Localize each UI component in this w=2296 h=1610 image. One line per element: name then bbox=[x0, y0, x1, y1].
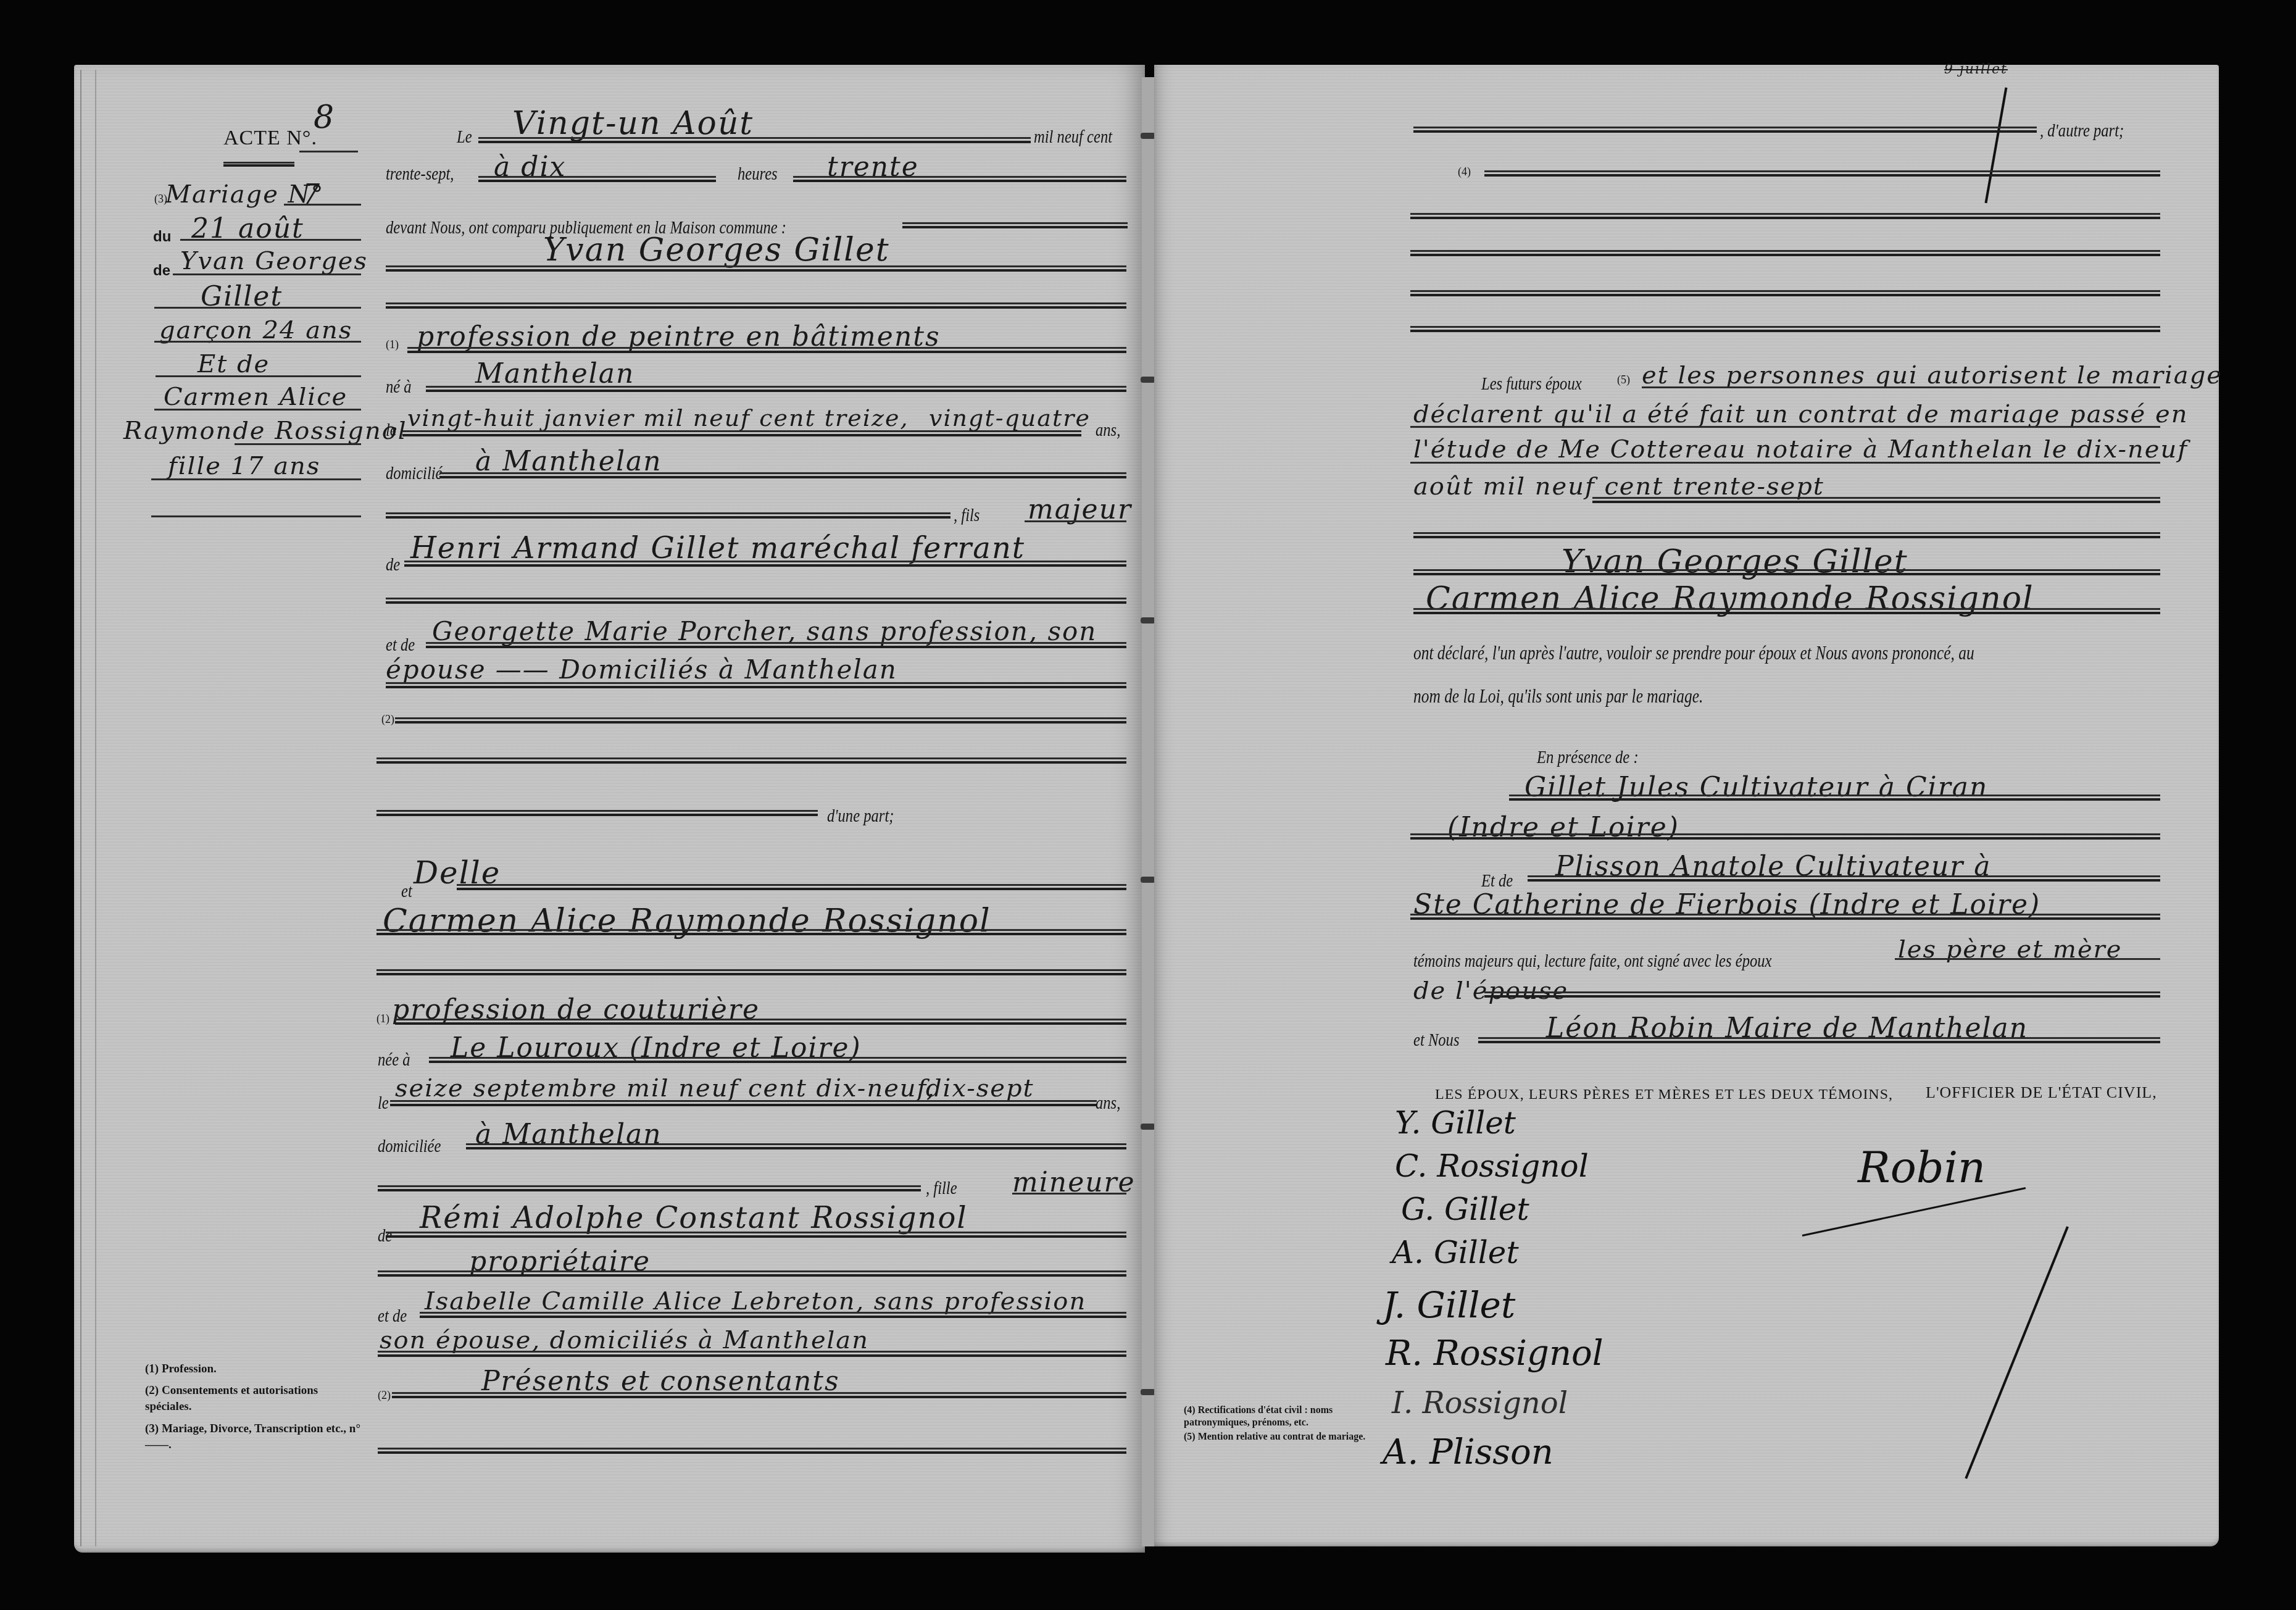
printed-text: mil neuf cent bbox=[1034, 127, 1112, 148]
rule bbox=[1413, 532, 2160, 538]
printed-text: témoins majeurs qui, lecture faite, ont … bbox=[1413, 951, 1771, 972]
officer-label: L'OFFICIER DE L'ÉTAT CIVIL, bbox=[1926, 1083, 2157, 1102]
printed-text: Les futurs époux bbox=[1481, 373, 1582, 394]
groom-name: Yvan Georges Gillet bbox=[543, 231, 890, 269]
rule bbox=[1642, 386, 2160, 388]
printed-text: heures bbox=[738, 164, 778, 185]
rule bbox=[1413, 608, 2160, 614]
binding-stitch bbox=[1141, 133, 1155, 139]
rule bbox=[299, 151, 358, 152]
rule bbox=[466, 1143, 1126, 1149]
note-ref: (1) bbox=[376, 1012, 389, 1025]
de-label: de bbox=[153, 262, 170, 280]
rule bbox=[378, 1270, 1126, 1277]
rule bbox=[386, 512, 950, 519]
du-label: du bbox=[153, 228, 171, 246]
printed-text: , fils bbox=[954, 505, 980, 526]
printed-text: de bbox=[386, 554, 400, 575]
rule bbox=[457, 884, 1126, 890]
rule bbox=[1025, 520, 1126, 522]
rule bbox=[1012, 1193, 1126, 1195]
signature: A. Gillet bbox=[1392, 1235, 1519, 1270]
rule bbox=[392, 1392, 1126, 1398]
margin-line: Carmen Alice bbox=[164, 383, 347, 411]
printed-text: trente-sept, bbox=[386, 164, 454, 185]
rule bbox=[376, 969, 1126, 975]
printed-text: et de bbox=[378, 1306, 407, 1327]
rule bbox=[407, 347, 1126, 353]
printed-text: , fille bbox=[926, 1178, 957, 1199]
binding-stitch bbox=[1141, 1389, 1155, 1395]
rule bbox=[180, 239, 361, 241]
rule bbox=[420, 1312, 1126, 1318]
printed-text: née à bbox=[378, 1049, 410, 1070]
temoins-addition: de l'épouse bbox=[1413, 977, 1568, 1005]
signature: G. Gillet bbox=[1401, 1191, 1529, 1227]
rule bbox=[376, 810, 818, 816]
officer-signature: Robin bbox=[1858, 1142, 1986, 1193]
bride-father: Rémi Adolphe Constant Rossignol bbox=[420, 1201, 968, 1235]
rule bbox=[154, 307, 361, 309]
rule bbox=[1895, 958, 2160, 960]
groom-birthdate: vingt-huit janvier mil neuf cent treize, bbox=[407, 404, 909, 432]
margin-line: fille 17 ans bbox=[168, 452, 320, 480]
signature: I. Rossignol bbox=[1392, 1386, 1568, 1420]
rule bbox=[154, 341, 361, 343]
marginal-note: 9 juillet bbox=[1944, 62, 2008, 77]
right-page bbox=[1154, 65, 2219, 1546]
footnote: (5) Mention relative au contrat de maria… bbox=[1184, 1431, 1387, 1443]
footnote: (3) Mariage, Divorce, Transcription etc.… bbox=[145, 1421, 361, 1453]
rule bbox=[1484, 991, 2160, 998]
printed-text: En présence de : bbox=[1537, 747, 1639, 768]
printed-text: nom de la Loi, qu'ils sont unis par le m… bbox=[1413, 685, 1703, 707]
printed-text: le bbox=[378, 1093, 389, 1114]
rule bbox=[1410, 426, 2160, 428]
printed-text: ans, bbox=[1096, 1093, 1120, 1114]
printed-text: domicilié bbox=[386, 463, 443, 484]
rule bbox=[386, 302, 1126, 309]
page-fold bbox=[80, 70, 96, 1546]
note-ref: (4) bbox=[1458, 165, 1471, 178]
rule bbox=[376, 757, 1126, 764]
rule bbox=[376, 929, 1126, 935]
printed-text: Et de bbox=[1481, 870, 1513, 891]
contract-line: déclarent qu'il a été fait un contrat de… bbox=[1413, 400, 2188, 428]
note-ref: (1) bbox=[386, 338, 399, 351]
rule bbox=[284, 204, 361, 206]
groom-birthplace: Manthelan bbox=[475, 358, 634, 390]
bride-age: dix-sept bbox=[926, 1074, 1034, 1103]
signature: R. Rossignol bbox=[1386, 1333, 1603, 1374]
rule bbox=[1592, 497, 2160, 503]
margin-line: Et de bbox=[198, 350, 270, 378]
rule bbox=[223, 162, 294, 167]
rule bbox=[1410, 213, 2160, 219]
margin-line: Yvan Georges bbox=[180, 247, 368, 275]
rule bbox=[390, 1100, 1097, 1106]
rule bbox=[395, 1019, 1126, 1025]
marriage-date: Vingt-un Août bbox=[512, 105, 754, 142]
rule bbox=[1410, 326, 2160, 332]
rule bbox=[386, 682, 1126, 688]
printed-text: ans, bbox=[1096, 420, 1120, 441]
rule bbox=[478, 137, 1031, 143]
printed-text: d'une part; bbox=[827, 806, 894, 827]
rule bbox=[151, 515, 361, 517]
printed-text: né à bbox=[386, 377, 412, 398]
note-ref: (5) bbox=[1617, 373, 1630, 386]
printed-text: et bbox=[401, 881, 412, 902]
rule bbox=[386, 1232, 1126, 1238]
rule bbox=[902, 222, 1128, 228]
bride-birthdate: seize septembre mil neuf cent dix-neuf, bbox=[395, 1074, 936, 1103]
binding-stitch bbox=[1141, 377, 1155, 383]
acte-number: 8 bbox=[314, 99, 335, 136]
book-spine bbox=[1142, 77, 1155, 1546]
contract-line: l'étude de Me Cottereau notaire à Manthe… bbox=[1413, 435, 2188, 464]
footnote: (2) Consentements et autorisations spéci… bbox=[145, 1383, 361, 1415]
printed-text: ont déclaré, l'un après l'autre, vouloir… bbox=[1413, 642, 1974, 664]
printed-text: , d'autre part; bbox=[2040, 120, 2124, 141]
rule bbox=[395, 717, 1126, 724]
rule bbox=[378, 1448, 1126, 1454]
note-ref: (2) bbox=[378, 1389, 391, 1402]
rule bbox=[386, 265, 1126, 272]
rule bbox=[1478, 1037, 2160, 1043]
rule bbox=[1528, 875, 2160, 882]
signature: Y. Gillet bbox=[1395, 1105, 1516, 1141]
rule bbox=[1410, 462, 2160, 464]
signature: C. Rossignol bbox=[1395, 1148, 1589, 1184]
printed-text: et de bbox=[386, 635, 415, 656]
le-label: Le bbox=[457, 127, 472, 148]
rule bbox=[429, 1057, 1126, 1063]
rule bbox=[1509, 795, 2160, 801]
rule bbox=[426, 642, 1126, 648]
binding-stitch bbox=[1141, 1124, 1155, 1130]
rule bbox=[1484, 170, 2160, 177]
groom-age: vingt-quatre bbox=[929, 404, 1091, 432]
printed-text: le bbox=[386, 420, 397, 441]
rule bbox=[1413, 569, 2160, 575]
margin-line: Raymonde Rossignol bbox=[123, 417, 407, 445]
note-ref: (2) bbox=[381, 713, 394, 726]
contract-line: et les personnes qui autorisent le maria… bbox=[1642, 361, 2223, 390]
rule bbox=[404, 561, 1126, 567]
signatories-label: LES ÉPOUX, LEURS PÈRES ET MÈRES ET LES D… bbox=[1435, 1087, 1893, 1103]
rule bbox=[439, 472, 1126, 478]
rule bbox=[235, 443, 361, 445]
rule bbox=[478, 176, 716, 182]
acte-label: ACTE N°. bbox=[223, 127, 317, 150]
rule bbox=[386, 598, 1126, 604]
rule bbox=[793, 176, 1126, 182]
printed-text: domiciliée bbox=[378, 1136, 441, 1157]
rule bbox=[1410, 290, 2160, 296]
rule bbox=[1410, 250, 2160, 256]
groom-mother-cont: épouse —— Domiciliés à Manthelan bbox=[386, 654, 897, 685]
mariage-number: 7 bbox=[302, 179, 321, 211]
rule bbox=[1410, 914, 2160, 920]
binding-stitch bbox=[1141, 617, 1155, 624]
signature: J. Gillet bbox=[1383, 1284, 1515, 1326]
rule bbox=[1413, 127, 2037, 133]
rule bbox=[378, 1185, 921, 1191]
rule bbox=[154, 409, 361, 411]
rule bbox=[426, 386, 1126, 392]
rule bbox=[156, 375, 361, 377]
printed-text: et Nous bbox=[1413, 1030, 1459, 1051]
signature: A. Plisson bbox=[1383, 1432, 1554, 1472]
footnote: (1) Profession. bbox=[145, 1361, 361, 1377]
rule bbox=[378, 1351, 1126, 1357]
rule bbox=[1410, 833, 2160, 840]
rule bbox=[173, 273, 361, 275]
binding-stitch bbox=[1141, 877, 1155, 883]
rule bbox=[151, 478, 361, 480]
footnote: (4) Rectifications d'état civil : noms p… bbox=[1184, 1404, 1387, 1429]
